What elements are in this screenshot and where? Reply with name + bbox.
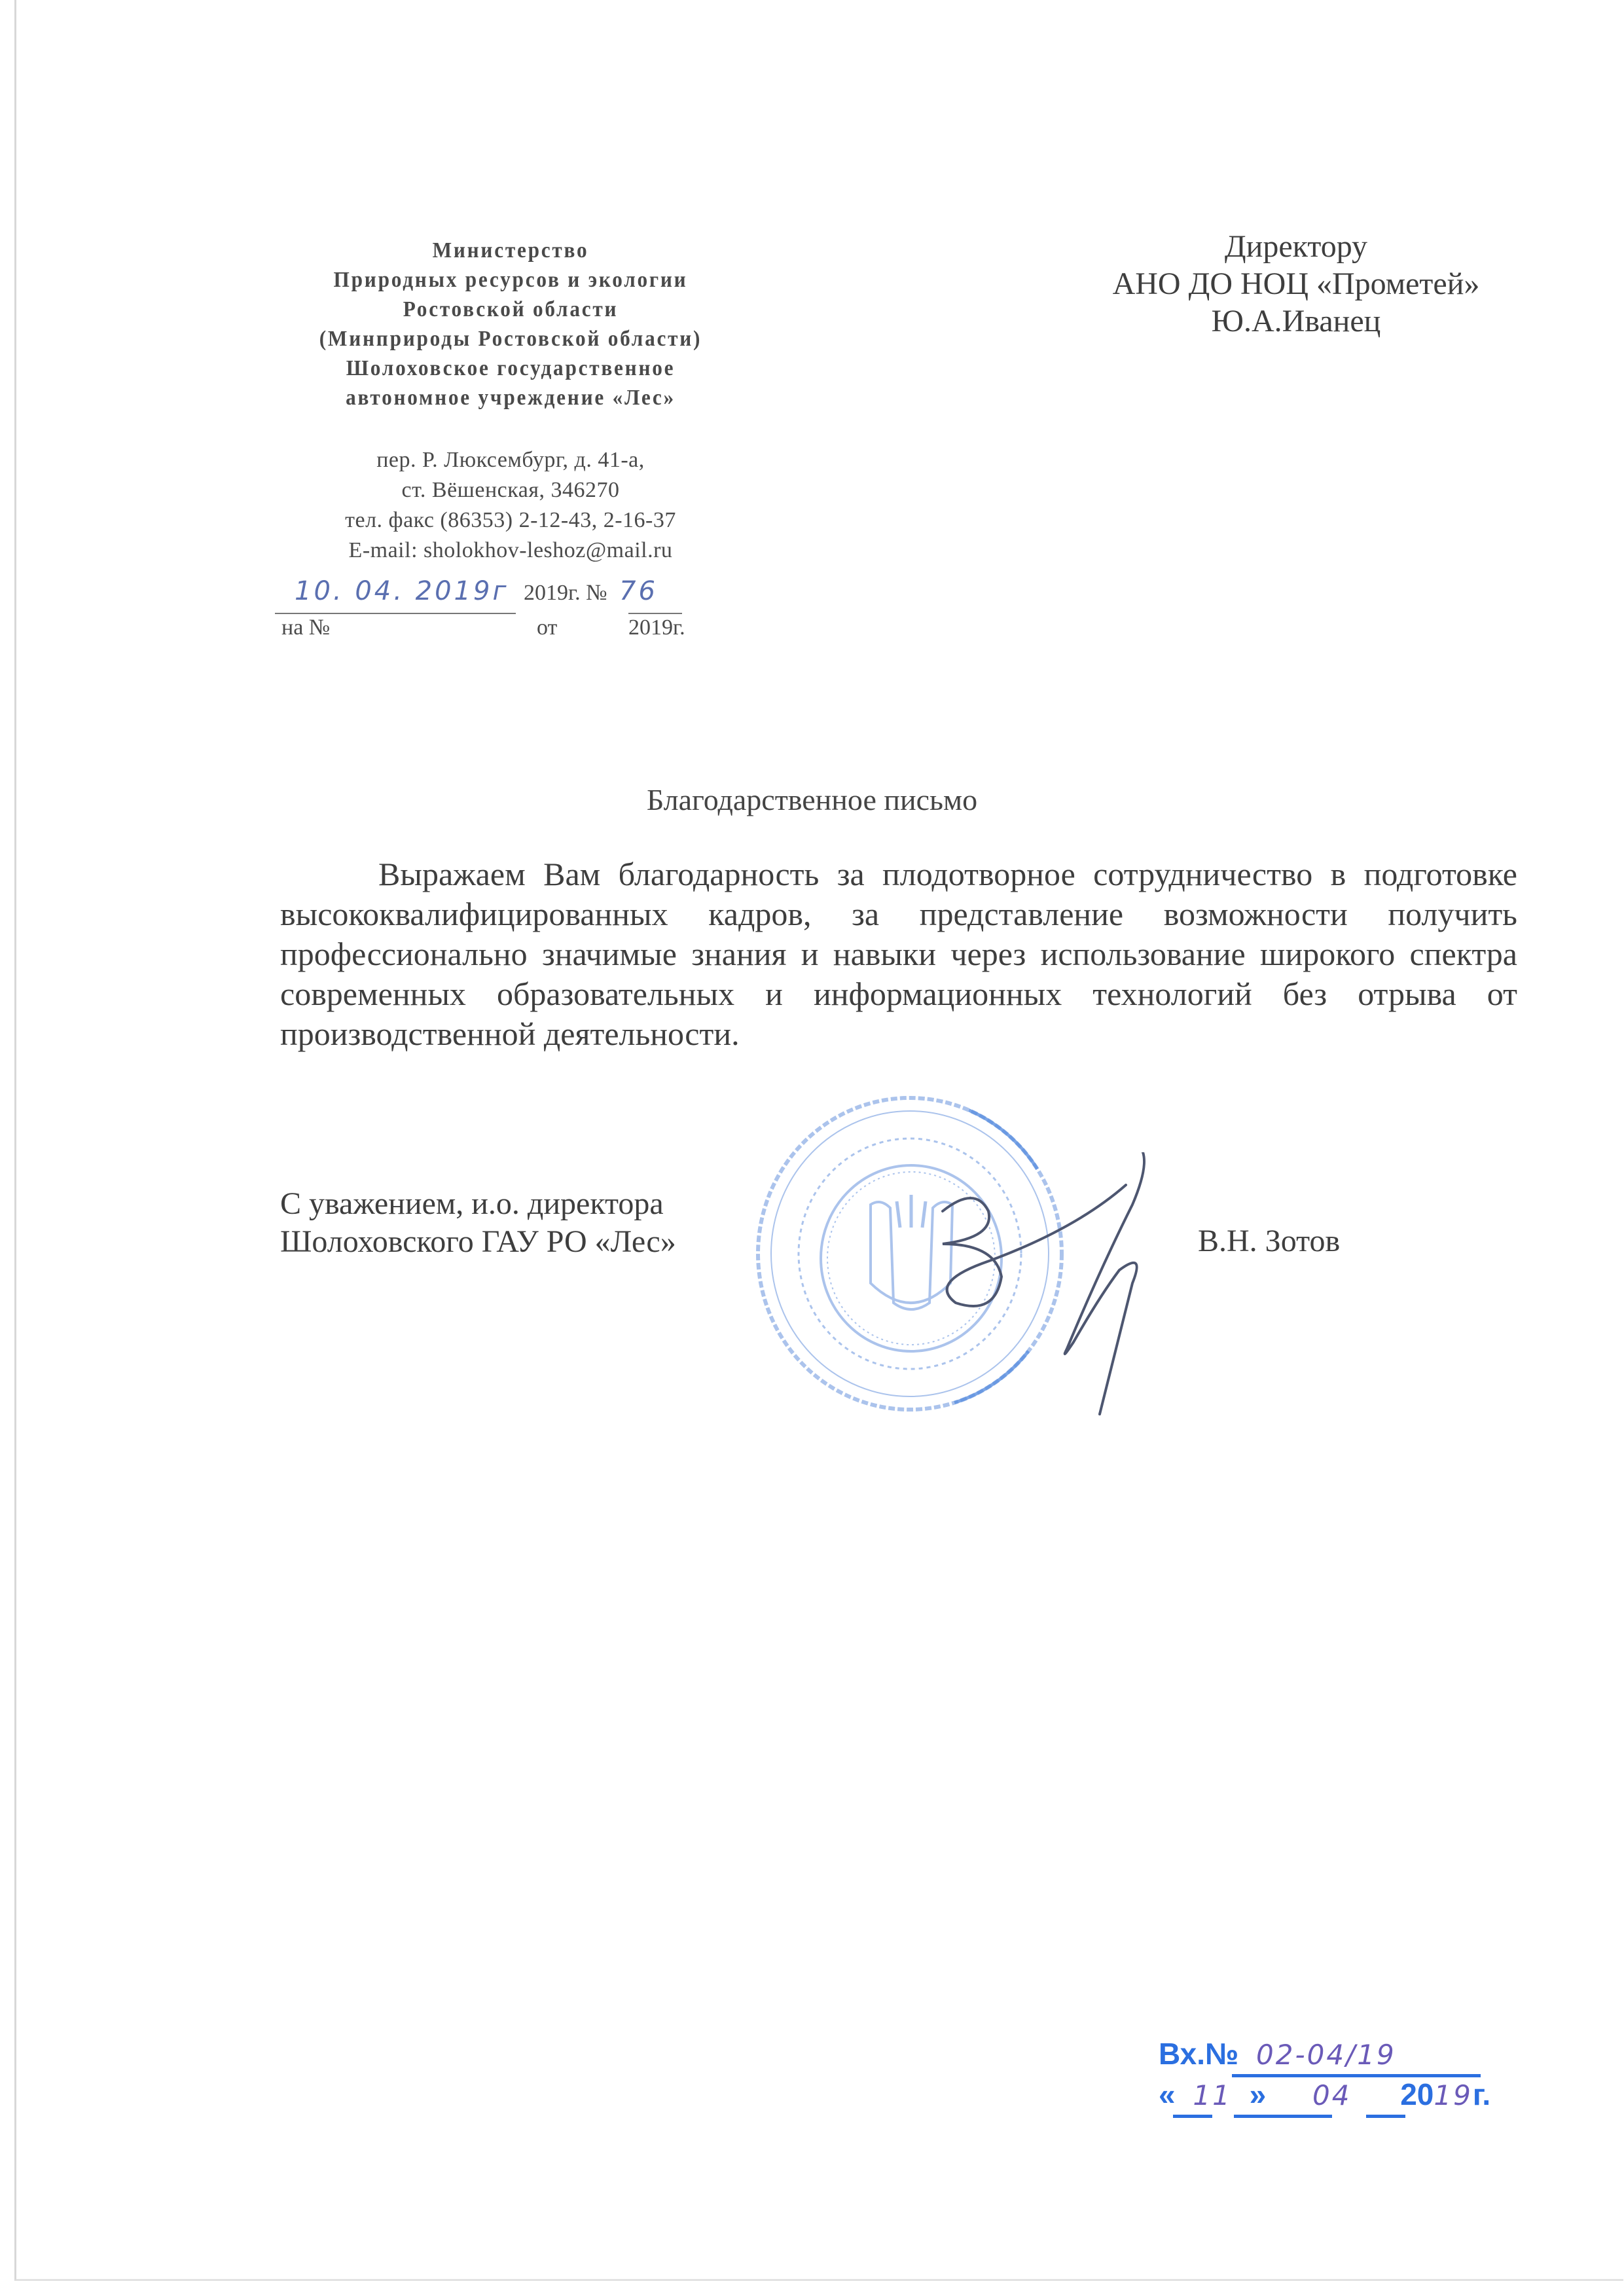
reply-year: 2019г. [628,615,685,640]
org-line: Ростовской области [276,295,746,324]
reply-reference: на № от 2019г. [281,615,707,640]
open-quote: « [1159,2077,1176,2111]
address-line: пер. Р. Люксембург, д. 41-а, [255,445,766,475]
sender-organization: Министерство Природных ресурсов и эколог… [276,236,746,412]
incoming-number-row: Вх.№ 02-04/19 [1159,2036,1499,2077]
org-line: Шолоховское государственное [276,354,746,383]
close-quote: » [1250,2077,1267,2111]
incoming-registration-stamp: Вх.№ 02-04/19 « 11 » 04 2019г. [1159,2036,1499,2117]
handwritten-outgoing-number: 76 [619,576,658,606]
incoming-month-underline [1234,2115,1332,2118]
incoming-year-prefix: 20 [1400,2077,1434,2111]
letter-body: Выражаем Вам благодарность за плодотворн… [280,854,1517,1054]
recipient-organization: АНО ДО НОЦ «Прометей» [1060,265,1532,302]
reply-from-label: от [537,615,557,640]
reply-number-label: на № [281,615,330,640]
org-line: (Минприроды Ростовской области) [276,324,746,354]
org-line: Министерство [276,236,746,265]
incoming-year-underline [1366,2115,1405,2118]
recipient-name: Ю.А.Иванец [1060,302,1532,340]
sender-letterhead: Министерство Природных ресурсов и эколог… [255,236,766,566]
recipient-block: Директору АНО ДО НОЦ «Прометей» Ю.А.Иван… [1060,228,1532,340]
incoming-year-suffix: 19 [1434,2079,1472,2111]
phone-fax: тел. факс (86353) 2-12-43, 2-16-37 [255,505,766,536]
recipient-position: Директору [1060,228,1532,265]
sender-address: пер. Р. Люксембург, д. 41-а, ст. Вёшенск… [255,445,766,566]
org-line: автономное учреждение «Лес» [276,383,746,412]
address-line: ст. Вёшенская, 346270 [255,475,766,505]
date-underline [275,613,516,614]
org-line: Природных ресурсов и экологии [276,265,746,295]
incoming-number-label: Вх.№ [1159,2037,1238,2071]
incoming-day: 11 [1193,2079,1231,2111]
incoming-date-row: « 11 » 04 2019г. [1159,2077,1499,2117]
incoming-month: 04 [1312,2079,1351,2111]
letter-title: Благодарственное письмо [0,782,1624,817]
incoming-year-end: г. [1473,2077,1490,2111]
outgoing-year-label: 2019г. № [524,581,607,605]
closing-organization: Шолоховского ГАУ РО «Лес» [280,1223,676,1261]
incoming-number-value: 02-04/19 [1256,2039,1396,2071]
email: E-mail: sholokhov-leshoz@mail.ru [255,536,766,566]
closing-position: С уважением, и.о. директора [280,1185,676,1223]
closing-block: С уважением, и.о. директора Шолоховского… [280,1185,676,1261]
incoming-day-underline [1173,2115,1212,2118]
signer-name: В.Н. Зотов [1198,1223,1340,1259]
number-underline [628,613,682,614]
outgoing-registration: 10. 04. 2019г 2019г. № 76 [295,576,658,606]
handwritten-date: 10. 04. 2019г [295,576,509,606]
handwritten-signature-icon [903,1152,1178,1427]
